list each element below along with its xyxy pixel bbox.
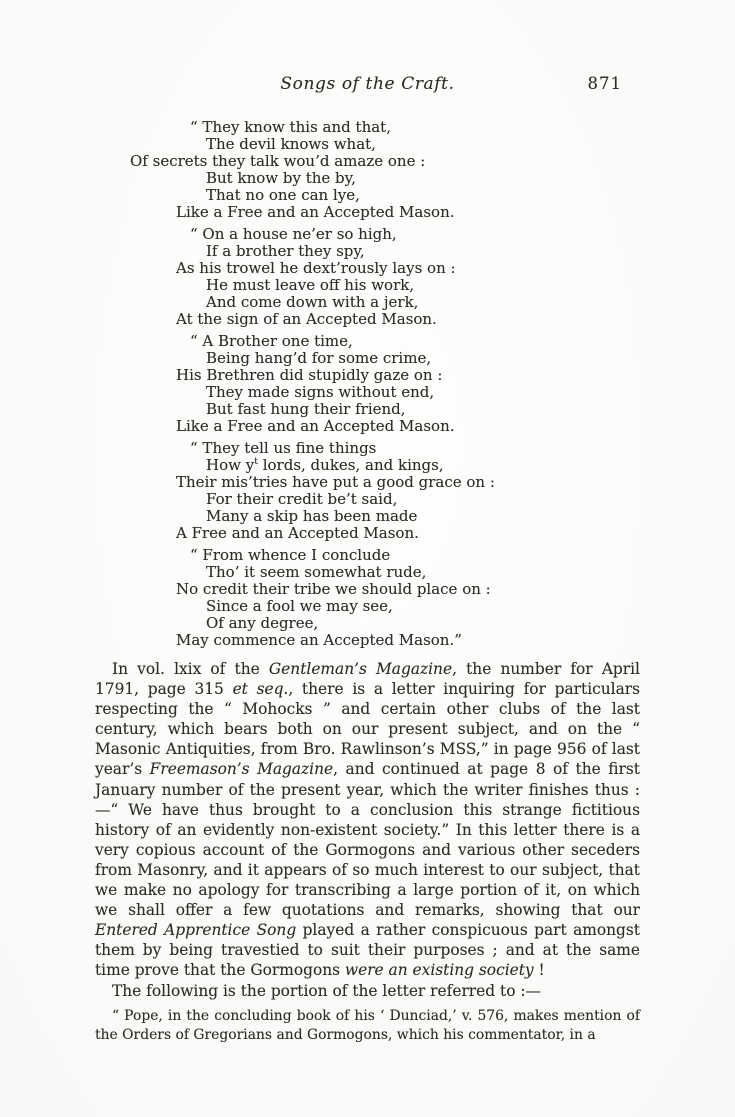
text-run: At the sign of an Accepted Mason. — [176, 310, 437, 328]
text-run: No credit their tribe we should place on… — [176, 580, 491, 598]
verse-line: As his trowel he dext’rously lays on : — [176, 260, 640, 277]
verse-line: Their mis’tries have put a good grace on… — [176, 474, 640, 491]
text-run: A Free and an Accepted Mason. — [176, 524, 419, 542]
stanza: “ From whence I concludeTho’ it seem som… — [130, 547, 640, 649]
text-run: Of any degree, — [206, 614, 318, 632]
verse-line: They made signs without end, — [206, 384, 640, 401]
verse-line: But know by the by, — [206, 170, 640, 187]
page-number: 871 — [588, 74, 623, 93]
text-run: May commence an Accepted Mason.” — [176, 631, 462, 649]
text-run: Tho’ it seem somewhat rude, — [206, 563, 426, 581]
scanned-book-page: Songs of the Craft. 871 “ They know this… — [0, 0, 735, 1117]
text-run: Many a skip has been made — [206, 507, 417, 525]
paragraph: The following is the portion of the lett… — [95, 981, 640, 1001]
verse-line: Like a Free and an Accepted Mason. — [176, 418, 640, 435]
stanza: “ They know this and that,The devil know… — [130, 119, 640, 221]
verse-line: If a brother they spy, — [206, 243, 640, 260]
verse-line: Being hang’d for some crime, — [206, 350, 640, 367]
verse-line: May commence an Accepted Mason.” — [176, 632, 640, 649]
verse-line: At the sign of an Accepted Mason. — [176, 311, 640, 328]
text-run: “ On a house ne’er so high, — [190, 225, 397, 243]
text-run: ! — [534, 961, 545, 979]
verse-line: “ They tell us fine things — [190, 440, 640, 457]
verse-line: That no one can lye, — [206, 187, 640, 204]
text-run: For their credit be’t said, — [206, 490, 397, 508]
text-run: In vol. lxix of the — [112, 660, 269, 678]
text-run: “ They tell us fine things — [190, 439, 376, 457]
stanza: “ They tell us fine thingsHow yt lords, … — [130, 440, 640, 542]
text-run: He must leave off his work, — [206, 276, 414, 294]
text-run: His Brethren did stupidly gaze on : — [176, 366, 442, 384]
verse-line: Of secrets they talk wou’d amaze one : — [130, 153, 640, 170]
verse-line: Like a Free and an Accepted Mason. — [176, 204, 640, 221]
text-run: Like a Free and an Accepted Mason. — [176, 417, 455, 435]
text-run: , and continued at page 8 of the first J… — [95, 760, 640, 919]
text-run: But fast hung their friend, — [206, 400, 406, 418]
text-run: They made signs without end, — [206, 383, 434, 401]
text-run: The following is the portion of the lett… — [112, 982, 541, 1000]
text-run: But know by the by, — [206, 169, 356, 187]
verse-line: How yt lords, dukes, and kings, — [206, 457, 640, 474]
running-title: Songs of the Craft. — [95, 74, 640, 94]
text-run: et seq. — [233, 680, 289, 698]
paragraph: In vol. lxix of the Gentleman’s Magazine… — [95, 659, 640, 981]
verse-line: Of any degree, — [206, 615, 640, 632]
text-run: “ A Brother one time, — [190, 332, 353, 350]
text-run: Entered Apprentice Song — [95, 921, 296, 939]
verse-line: And come down with a jerk, — [206, 294, 640, 311]
verse-line: He must leave off his work, — [206, 277, 640, 294]
verse-line: Tho’ it seem somewhat rude, — [206, 564, 640, 581]
text-run: were an existing society — [345, 961, 534, 979]
text-run: Being hang’d for some crime, — [206, 349, 431, 367]
song-verses: “ They know this and that,The devil know… — [130, 119, 640, 649]
text-run: How y — [206, 456, 254, 474]
stanza: “ On a house ne’er so high,If a brother … — [130, 226, 640, 328]
text-run: As his trowel he dext’rously lays on : — [176, 259, 456, 277]
text-run: lords, dukes, and kings, — [258, 456, 444, 474]
text-run: Freemason’s Magazine — [150, 760, 333, 778]
verse-line: “ From whence I conclude — [190, 547, 640, 564]
verse-line: But fast hung their friend, — [206, 401, 640, 418]
verse-line: “ They know this and that, — [190, 119, 640, 136]
verse-line: Since a fool we may see, — [206, 598, 640, 615]
verse-line: Many a skip has been made — [206, 508, 640, 525]
text-run: Gentleman’s Magazine — [269, 660, 452, 678]
verse-line: A Free and an Accepted Mason. — [176, 525, 640, 542]
text-run: “ From whence I conclude — [190, 546, 390, 564]
text-run: Since a fool we may see, — [206, 597, 393, 615]
verse-line: For their credit be’t said, — [206, 491, 640, 508]
page-header: Songs of the Craft. 871 — [95, 74, 640, 97]
text-run: “ Pope, in the concluding book of his ‘ … — [95, 1008, 640, 1043]
body-text: In vol. lxix of the Gentleman’s Magazine… — [95, 659, 640, 1045]
text-run: Of secrets they talk wou’d amaze one : — [130, 152, 425, 170]
text-run: Their mis’tries have put a good grace on… — [176, 473, 495, 491]
stanza: “ A Brother one time,Being hang’d for so… — [130, 333, 640, 435]
text-run: If a brother they spy, — [206, 242, 365, 260]
text-run: The devil knows what, — [206, 135, 376, 153]
verse-line: The devil knows what, — [206, 136, 640, 153]
verse-line: “ On a house ne’er so high, — [190, 226, 640, 243]
verse-line: No credit their tribe we should place on… — [176, 581, 640, 598]
text-run: That no one can lye, — [206, 186, 360, 204]
verse-line: His Brethren did stupidly gaze on : — [176, 367, 640, 384]
verse-line: “ A Brother one time, — [190, 333, 640, 350]
paragraph: “ Pope, in the concluding book of his ‘ … — [95, 1001, 640, 1045]
text-run: “ They know this and that, — [190, 118, 391, 136]
text-run: Like a Free and an Accepted Mason. — [176, 203, 455, 221]
text-run: And come down with a jerk, — [206, 293, 418, 311]
